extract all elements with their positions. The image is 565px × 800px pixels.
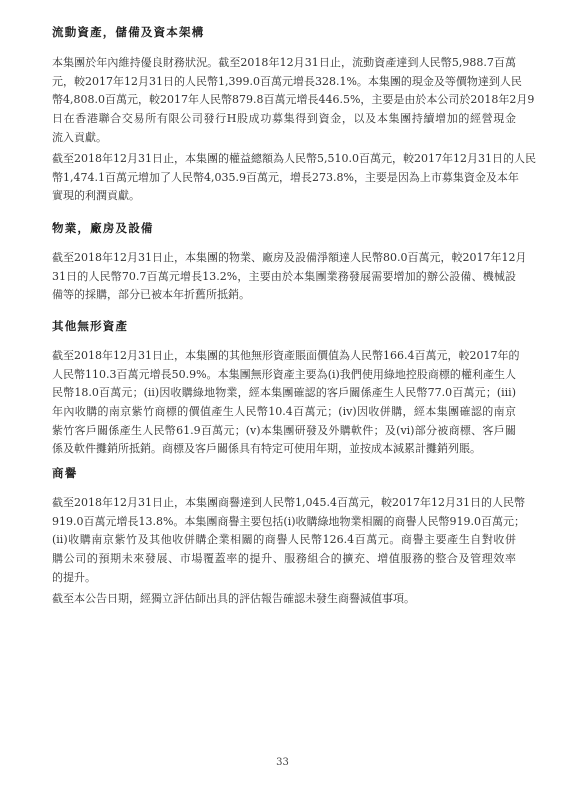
- section-heading-intangible-assets: 其他無形資產: [52, 318, 128, 334]
- text-line: 民幣18.0百萬元；(ii)因收購綠地物業，經本集團確認的客戶關係產生人民幣77…: [52, 384, 516, 403]
- text-line: 919.0百萬元增長13.8%。本集團商譽主要包括(i)收購綠地物業相關的商譽人…: [52, 513, 516, 532]
- text-line: 幣1,474.1百萬元增加了人民幣4,035.9百萬元，增長273.8%，主要是…: [52, 169, 516, 188]
- paragraph-goodwill: 截至2018年12月31日止，本集團商譽達到人民幣1,045.4百萬元，較201…: [52, 494, 516, 587]
- text-line: 截至2018年12月31日止，本集團的權益總額為人民幣5,510.0百萬元，較2…: [52, 150, 516, 169]
- text-line: 係及軟件攤銷所抵銷。商標及客戶關係具有特定可使用年期，並按成本減累計攤銷列賬。: [52, 440, 516, 459]
- section-heading-current-assets: 流動資產，儲備及資本架構: [52, 24, 204, 40]
- text-line: 人民幣110.3百萬元增長50.9%。本集團無形資產主要為(i)我們使用綠地控股…: [52, 366, 516, 385]
- text-line: (ii)收購南京紫竹及其他收併購企業相關的商譽人民幣126.4百萬元。商譽主要產…: [52, 531, 516, 550]
- text-line: 日在香港聯合交易所有限公司發行H股成功募集得到資金，以及本集團持續增加的經營現金: [52, 110, 516, 129]
- text-line: 元，較2017年12月31日的人民幣1,399.0百萬元增長328.1%。本集團…: [52, 73, 516, 92]
- text-line: 本集團於年內維持優良財務狀況。截至2018年12月31日止，流動資產達到人民幣5…: [52, 54, 516, 73]
- paragraph-goodwill-impairment: 截至本公告日期，經獨立評估師出具的評估報告確認未發生商譽減值事項。: [52, 590, 516, 609]
- text-line: 年內收購的南京紫竹商標的價值產生人民幣10.4百萬元；(iv)因收併購，經本集團…: [52, 403, 516, 422]
- text-line: 幣4,808.0百萬元，較2017年人民幣879.8百萬元增長446.5%，主要…: [52, 91, 516, 110]
- text-line: 截至2018年12月31日止，本集團的其他無形資產賬面價值為人民幣166.4百萬…: [52, 347, 516, 366]
- section-heading-ppe: 物業，廠房及設備: [52, 220, 154, 236]
- text-line: 31日的人民幣70.7百萬元增長13.2%，主要由於本集團業務發展需要增加的辦公…: [52, 268, 516, 287]
- page-number: 33: [0, 757, 565, 768]
- text-line: 截至2018年12月31日止，本集團的物業、廠房及設備淨額達人民幣80.0百萬元…: [52, 249, 516, 268]
- paragraph-intangible-assets: 截至2018年12月31日止，本集團的其他無形資產賬面價值為人民幣166.4百萬…: [52, 347, 516, 459]
- text-line: 流入貢獻。: [52, 129, 516, 148]
- text-line: 實現的利潤貢獻。: [52, 187, 516, 206]
- paragraph-ppe: 截至2018年12月31日止，本集團的物業、廠房及設備淨額達人民幣80.0百萬元…: [52, 249, 516, 305]
- text-line: 備等的採購，部分已被本年折舊所抵銷。: [52, 286, 516, 305]
- paragraph-total-equity: 截至2018年12月31日止，本集團的權益總額為人民幣5,510.0百萬元，較2…: [52, 150, 516, 206]
- text-line: 購公司的預期未來發展、市場覆蓋率的提升、服務組合的擴充、增值服務的整合及管理效率: [52, 550, 516, 569]
- text-line: 的提升。: [52, 569, 516, 588]
- section-heading-goodwill: 商譽: [52, 465, 77, 481]
- text-line: 截至本公告日期，經獨立評估師出具的評估報告確認未發生商譽減值事項。: [52, 590, 516, 609]
- text-line: 截至2018年12月31日止，本集團商譽達到人民幣1,045.4百萬元，較201…: [52, 494, 516, 513]
- paragraph-current-assets: 本集團於年內維持優良財務狀況。截至2018年12月31日止，流動資產達到人民幣5…: [52, 54, 516, 147]
- text-line: 紫竹客戶關係產生人民幣61.9百萬元；(v)本集團研發及外購軟件；及(vi)部分…: [52, 422, 516, 441]
